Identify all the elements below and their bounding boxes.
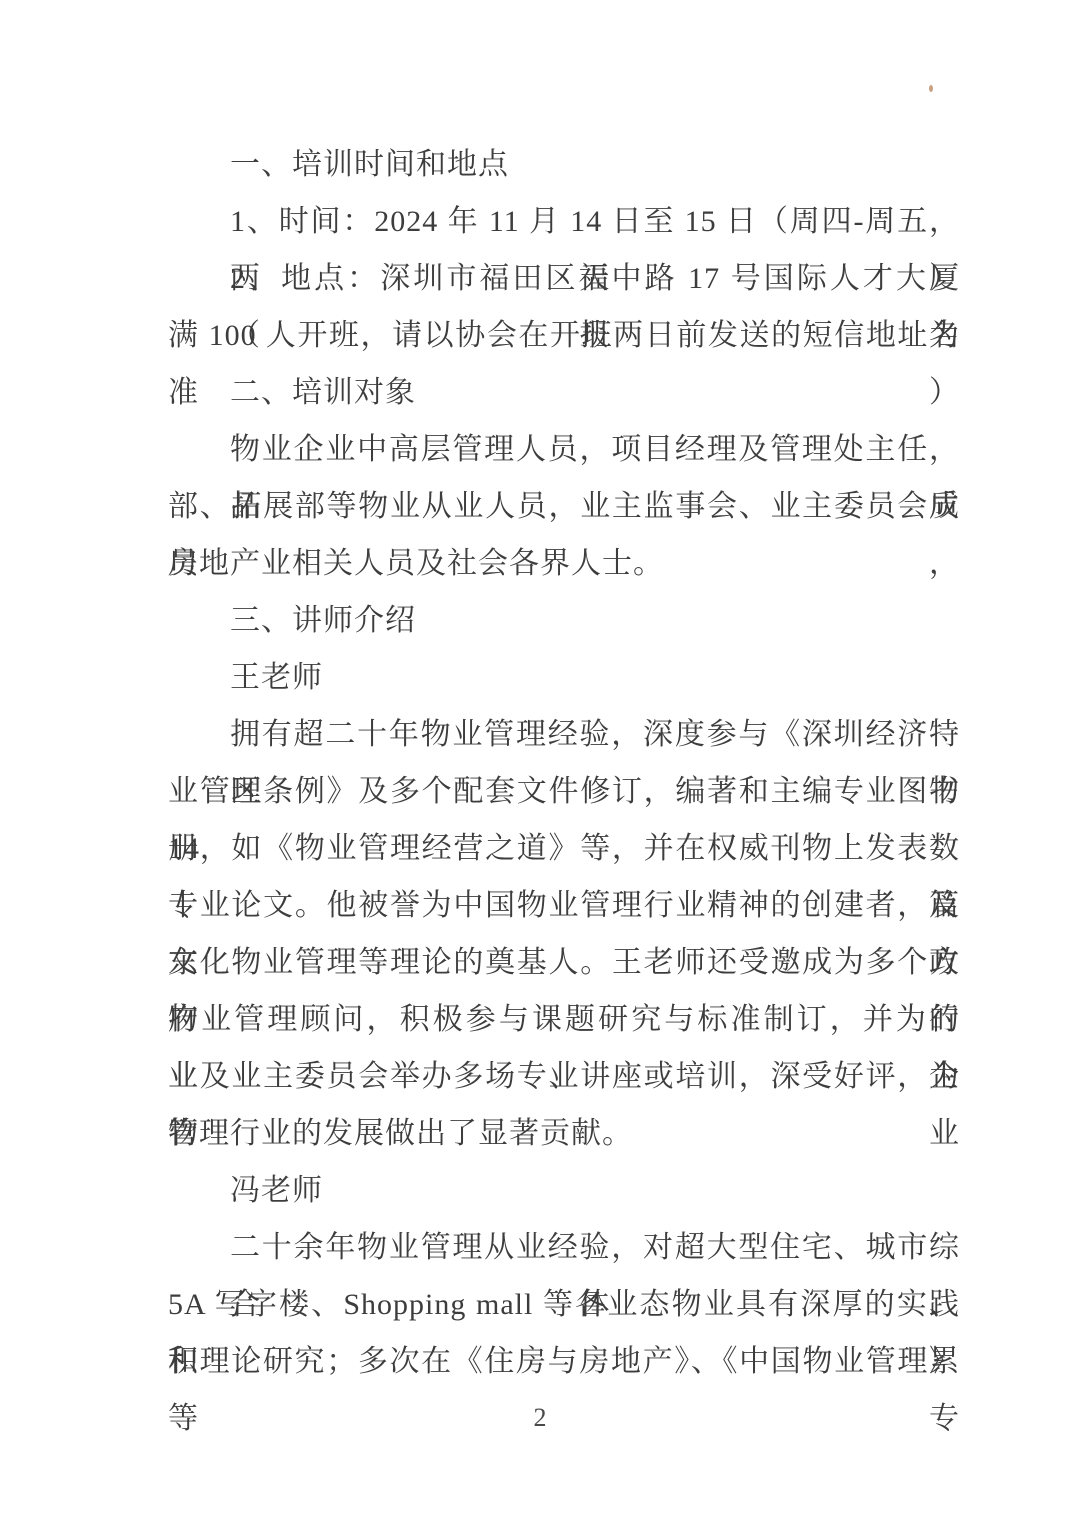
paragraph-line: 和理论研究；多次在《住房与房地产》、《中国物业管理》等专 — [168, 1333, 960, 1390]
paragraph-line: 业及业主委员会举办多场专业讲座或培训，深受好评，为物业 — [168, 1048, 960, 1105]
document-body: 一、培训时间和地点 1、时间：2024 年 11 月 14 日至 15 日（周四… — [168, 136, 960, 1390]
paragraph-line: 文化物业管理等理论的奠基人。王老师还受邀成为多个政府的 — [168, 934, 960, 991]
scan-artifact-speck — [929, 85, 933, 92]
paragraph-line: 物业管理顾问，积极参与课题研究与标准制订，并为行业、企 — [168, 991, 960, 1048]
paragraph-line: 2、地点：深圳市福田区福中路 17 号国际人才大厦（报名 — [168, 250, 960, 307]
paragraph-line: 物业企业中高层管理人员，项目经理及管理处主任，品质 — [168, 421, 960, 478]
paragraph-line: 二十余年物业管理从业经验，对超大型住宅、城市综合体、 — [168, 1219, 960, 1276]
paragraph-line: 部、拓展部等物业从业人员，业主监事会、业主委员会成员， — [168, 478, 960, 535]
paragraph-line: 专业论文。他被誉为中国物业管理行业精神的创建者，及东方 — [168, 877, 960, 934]
paragraph-line: 业管理条例》及多个配套文件修订，编著和主编专业图书 14 — [168, 763, 960, 820]
paragraph-line: 管理行业的发展做出了显著贡献。 — [168, 1105, 960, 1162]
page-number: 2 — [0, 1398, 1080, 1438]
paragraph-line: 房地产业相关人员及社会各界人士。 — [168, 535, 960, 592]
paragraph-line: 满 100 人开班，请以协会在开班两日前发送的短信地址为准） — [168, 307, 960, 364]
lecturer-name-feng: 冯老师 — [168, 1162, 960, 1219]
section-3-heading: 三、讲师介绍 — [168, 592, 960, 649]
paragraph-line: 5A 写字楼、Shopping mall 等各业态物业具有深厚的实践积累 — [168, 1276, 960, 1333]
paragraph-line: 1、时间：2024 年 11 月 14 日至 15 日（周四-周五，两天） — [168, 193, 960, 250]
section-2-heading: 二、培训对象 — [168, 364, 960, 421]
paragraph-line: 拥有超二十年物业管理经验，深度参与《深圳经济特区物 — [168, 706, 960, 763]
document-page: 一、培训时间和地点 1、时间：2024 年 11 月 14 日至 15 日（周四… — [0, 0, 1080, 1528]
paragraph-line: 册，如《物业管理经营之道》等，并在权威刊物上发表数十篇 — [168, 820, 960, 877]
lecturer-name-wang: 王老师 — [168, 649, 960, 706]
section-1-heading: 一、培训时间和地点 — [168, 136, 960, 193]
